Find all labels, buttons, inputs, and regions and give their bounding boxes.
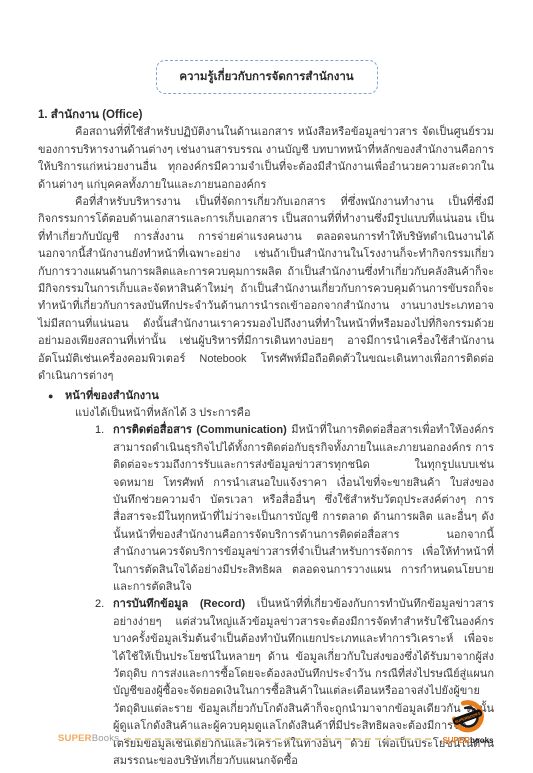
- list-item-term: การติดต่อสื่อสาร (Communication): [113, 424, 287, 436]
- footer-brand-left: SUPERBooks: [58, 733, 119, 745]
- page-footer: SUPERBooks SUPERBOOKS SUPERbooks: [58, 699, 495, 745]
- title-box: ความรู้เกี่ยวกับการจัดการสำนักงาน: [156, 60, 378, 94]
- paragraph-office-definition-1: คือสถานที่ที่ใช้สำหรับปฏิบัติงานในด้านเอ…: [38, 124, 494, 194]
- list-item-communication: 1. การติดต่อสื่อสาร (Communication) มีหน…: [95, 422, 494, 596]
- footer-brand-right-label: SUPERbooks: [442, 736, 493, 745]
- page-title: ความรู้เกี่ยวกับการจัดการสำนักงาน: [179, 68, 353, 86]
- bullet-heading: หน้าที่ของสำนักงาน: [65, 388, 159, 405]
- document-content: 1. สำนักงาน (Office) คือสถานที่ที่ใช้สำห…: [38, 107, 494, 770]
- footer-brand-left-books: Books: [92, 733, 119, 744]
- bullet-heading-row: ● หน้าที่ของสำนักงาน: [38, 388, 494, 405]
- list-item-number: 1.: [95, 422, 113, 596]
- paragraph-office-definition-2: คือที่สำหรับบริหารงาน เป็นที่จัดการเกี่ย…: [38, 194, 494, 385]
- footer-brand-left-super: SUPER: [58, 733, 92, 744]
- list-item-term: การบันทึกข้อมูล (Record): [113, 598, 245, 610]
- footer-brand-right-books: books: [470, 736, 494, 745]
- superbooks-logo-icon: SUPERBOOKS: [449, 699, 487, 735]
- footer-brand-right: SUPERBOOKS SUPERbooks: [441, 699, 495, 745]
- section-heading: 1. สำนักงาน (Office): [38, 107, 494, 124]
- footer-brand-right-super: SUPER: [442, 736, 470, 745]
- list-item-text: มีหน้าที่ในการติดต่อสื่อสารเพื่อทำให้องค…: [113, 424, 494, 593]
- list-item-body: การติดต่อสื่อสาร (Communication) มีหน้าท…: [113, 422, 494, 596]
- bullet-dot-icon: ●: [48, 388, 65, 405]
- document-page: ความรู้เกี่ยวกับการจัดการสำนักงาน 1. สำน…: [0, 0, 533, 773]
- footer-divider: [125, 738, 435, 740]
- list-intro: แบ่งได้เป็นหน้าที่หลักได้ 3 ประการคือ: [75, 405, 494, 422]
